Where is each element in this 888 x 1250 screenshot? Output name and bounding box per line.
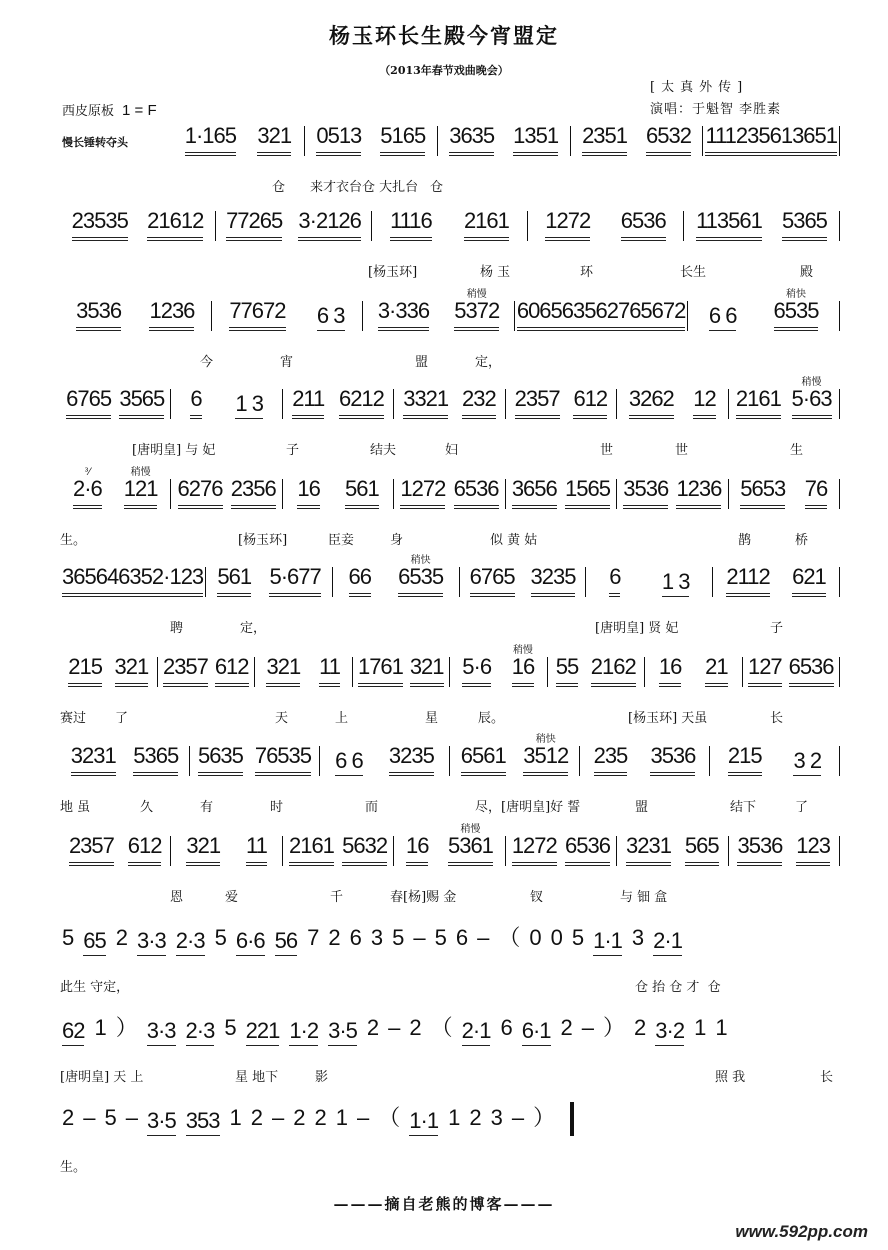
note-group: 221 [246,1019,280,1046]
measure: 3536123 [729,836,840,866]
note-digits: 621 [792,564,826,589]
note-group: 321 [115,655,149,687]
note-group: ） [533,1106,554,1136]
lyric-text: 尽，[唐明皇]好 誓 [475,796,580,815]
measure: 61 3 [586,567,713,597]
note-group: ） [116,1016,137,1046]
tempo-mark: 稍慢 [460,818,480,842]
note-group: 3·2 [655,1019,684,1046]
note-group: 1565 [565,477,610,509]
note-group: 23535 [72,209,128,241]
lyric-text: [杨玉环] 天虽 [628,707,707,726]
note-digits: 6 [609,564,620,589]
notes-row: 21532123576123211117613215·616稍慢55216216… [60,653,840,687]
measure: 2353521612 [60,211,216,241]
lyric-text: 长 [820,1066,833,1085]
note-digits: 2357 [515,386,560,411]
note-group: 5653 [740,477,785,509]
note-group: 3231 [626,834,671,866]
note-group: 1·1 [409,1109,438,1136]
measure: 05135165 [305,126,438,156]
note-digits: 561 [217,564,251,589]
note-digits: 6765 [470,564,515,589]
staff-line: 56523·32·356·65672635–56–（0051·132·1此生 守… [60,922,840,1006]
notes-row: 2–5–3·535312–221–（1·1123–） [60,1102,840,1136]
note-digits: 321 [266,654,300,679]
note-digits: 1272 [545,208,590,233]
note-group: 2·1 [653,929,682,956]
note-digits: 6536 [454,476,499,501]
note-digits: 321 [410,654,444,679]
lyric-text: 时 [270,796,283,815]
note-group: 1 [694,1016,705,1046]
lyric-text: 长生 [680,261,706,280]
note-group: 5·63稍慢 [792,387,832,419]
lyric-text: 有 [200,796,213,815]
lyrics-row: 生。 [60,1156,840,1186]
measure: 12726536 [506,836,617,866]
measure: 2353536 [580,746,710,776]
measure: 2153 2 [710,746,840,776]
note-digits: 23535 [72,208,128,233]
note-group: 3536 [623,477,668,509]
note-digits: 3235 [531,564,576,589]
lyric-text: 环 [580,261,593,280]
note-digits: 561 [345,476,379,501]
note-group: 3536 [737,834,782,866]
note-group: 77265 [226,209,282,241]
note-digits: 6561 [461,743,506,768]
note-group: 5 [105,1106,116,1136]
note-group: 56 [275,929,297,956]
lyric-text: 仓 抬 仓 才 仓 [635,976,721,995]
note-digits: 1272 [400,476,445,501]
lyrics-row: 仓来才衣台仓 大扎台仓 [172,176,840,206]
note-group: 5632 [342,834,387,866]
lyrics-row: 恩爱千春[杨]赐 金钗与 钿 盒 [60,886,840,916]
note-group: 111235 [705,124,769,156]
measure: 666535稍快 [333,567,460,597]
note-group: 5635 [198,744,243,776]
note-group: 76 [805,477,827,509]
measure: 67653235 [460,567,587,597]
note-group: 3536 [650,744,695,776]
note-group: ） [603,1016,624,1046]
measure: 621）3·32·352211·23·52–2（2·166·12–）23·211 [60,1016,840,1046]
measure: 565376 [729,479,840,509]
lyric-text: 盟 [635,796,648,815]
source-opera: [太真外传] [650,76,748,95]
measure: 2116212 [283,389,394,419]
note-group: 321 [266,655,300,687]
note-group: 3·5 [147,1109,176,1136]
notes-row: 56523·32·356·65672635–56–（0051·132·1 [60,922,840,956]
staff-line: 23576123211121615632165361稍慢127265363231… [60,832,840,916]
note-digits: 1351 [513,123,558,148]
note-digits: 1 3 [662,569,690,594]
mode-label: 西皮原板 [62,104,114,119]
measure: 2357612 [506,389,617,419]
lyric-text: 结夫 [370,439,396,458]
note-group: 1272 [400,477,445,509]
note-digits: 2161 [289,833,334,858]
note-digits: 2161 [736,386,781,411]
note-group: 1·2 [289,1019,318,1046]
measure: 563576535 [190,746,320,776]
note-group: 1236 [149,299,194,331]
note-group: 5 [62,926,73,956]
note-digits: 215 [728,743,762,768]
note-group: 6·6 [236,929,265,956]
note-group: 6 3 [317,304,345,331]
note-group: 561 [345,477,379,509]
note-group: 127 [748,655,782,687]
note-group: 36564635 [62,565,152,597]
note-digits: 11 [319,654,340,679]
note-group: 3231 [71,744,116,776]
tempo-mark: 稍慢 [513,639,533,663]
lyric-text: 星 [425,707,438,726]
note-group: 1272 [512,834,557,866]
lyric-text: 鹊 [738,529,751,548]
note-group: 6276 [178,477,223,509]
score-title: 杨玉环长生殿今宵盟定 [0,20,888,50]
note-group: 6535稍快 [774,299,819,331]
lyric-text: 殿 [800,261,813,280]
final-barline [570,1102,574,1136]
note-group: 16 [297,477,319,509]
note-digits: 2162 [591,654,636,679]
note-group: 2161 [736,387,781,419]
note-group: 5365 [782,209,827,241]
note-group: 6 [456,926,467,956]
note-digits: 76535 [255,743,311,768]
note-group: 3·5 [328,1019,357,1046]
lyric-text: 生 [790,439,803,458]
note-group: 1 [336,1106,347,1136]
note-group: 2161 [464,209,509,241]
lyrics-row: 地 虽久有时而尽，[唐明皇]好 誓盟结下了 [60,796,840,826]
note-digits: 3·336 [378,298,429,323]
note-digits: 211 [292,386,324,411]
note-digits: 62765672 [595,298,685,323]
note-group: 6065635 [517,299,596,331]
lyric-text: 而 [365,796,378,815]
note-digits: 612 [573,386,607,411]
measure: 23516532 [571,126,704,156]
lyrics-row: [唐明皇] 天 上星 地下影照 我长 [60,1066,840,1096]
note-digits: 6536 [789,654,834,679]
notes-row: 2353521612772653·21261116216112726536113… [60,207,840,241]
measure: 776726 3 [212,301,364,331]
note-digits: 232 [462,386,496,411]
measure: 2·6³⁄121稍慢 [60,479,171,509]
note-digits: 16 [297,476,319,501]
note-group: 2 [62,1106,73,1136]
note-group: 2·3 [186,1019,215,1046]
measure: 1276536 [743,657,841,687]
notes-row: 2·6³⁄121稍慢627623561656112726536365615653… [60,475,840,509]
note-group: 21 [705,655,727,687]
tempo-mark: 稍慢 [467,283,487,307]
measure: 215321 [60,657,158,687]
note-digits: 76 [805,476,827,501]
note-digits: 5365 [133,743,178,768]
measure: 2357612 [158,657,256,687]
note-group: 65 [83,929,105,956]
lyric-text: 春[杨]赐 金 [390,886,456,905]
measure: 165361稍慢 [394,836,505,866]
note-digits: 1272 [512,833,557,858]
note-group: 1·1 [593,929,622,956]
note-group: 2357 [69,834,114,866]
note-digits: 1236 [149,298,194,323]
note-group: 3 [491,1106,502,1136]
note-group: 76535 [255,744,311,776]
lyric-text: 上 [335,707,348,726]
measure: 5·616稍慢 [450,657,548,687]
note-group: 1 [715,1016,726,1046]
measure: 35361236 [60,301,212,331]
note-group: 3536 [76,299,121,331]
note-group: 321 [257,124,291,156]
note-group: 6 [350,926,361,956]
note-group: 6 6 [335,749,363,776]
note-group: – [357,1106,368,1136]
staff-line: 323153655635765356 6323565613512稍快235353… [60,742,840,826]
measure: 36561565 [506,479,617,509]
note-group: 6212 [339,387,384,419]
lyric-text: 今 [200,351,213,370]
staff-line: 21532123576123211117613215·616稍慢55216216… [60,653,840,737]
note-group: 2 [328,926,339,956]
note-group: 2112 [726,565,769,597]
note-group: （ [378,1106,399,1136]
measure: 62762356 [171,479,282,509]
note-group: 62 [62,1019,84,1046]
note-digits: 66 [349,564,371,589]
note-group: 2·123 [152,565,203,597]
note-digits: 55 [556,654,578,679]
note-digits: 321 [257,123,291,148]
note-group: 2 [293,1106,304,1136]
notes-row: 365646352·1235615·677666535稍快6765323561 … [60,563,840,597]
note-digits: 613651 [770,123,837,148]
note-group: 2 [315,1106,326,1136]
measure: 35361236 [617,479,728,509]
note-group: 5 [392,926,403,956]
note-digits: 5165 [380,123,425,148]
measure: 1761321 [353,657,451,687]
note-digits: 3231 [626,833,671,858]
note-group: – [126,1106,137,1136]
lyrics-row: 聘定，[唐明皇] 贤 妃子 [60,617,840,647]
note-group: 77672 [229,299,285,331]
note-group: – [512,1106,523,1136]
note-digits: 11 [246,833,267,858]
note-digits: 6536 [621,208,666,233]
note-group: 113561 [696,209,762,241]
note-group: – [83,1106,94,1136]
note-digits: 6536 [565,833,610,858]
note-group: 561 [217,565,251,597]
measure: 65613512稍快 [450,746,580,776]
measure: 111235613651 [703,126,840,156]
note-group: 612 [215,655,249,687]
lyric-text: 与 钿 盒 [620,886,667,905]
note-group: 5 [224,1016,235,1046]
note-digits: 5365 [782,208,827,233]
staff-line: 6765356561 32116212332123223576123262122… [60,385,840,469]
note-group: 232 [462,387,496,419]
note-group: 2 [409,1016,420,1046]
lyric-text: 久 [140,796,153,815]
lyric-text: [杨玉环] [368,261,417,280]
note-group: 2162 [591,655,636,687]
note-group: 215 [68,655,102,687]
note-digits: 127 [748,654,782,679]
note-group: 121稍慢 [124,477,158,509]
note-digits: 3536 [650,743,695,768]
note-group: 613651 [770,124,837,156]
note-group: 2357 [515,387,560,419]
note-group: 321 [410,655,444,687]
note-group: 1272 [545,209,590,241]
note-group: 3 [632,926,643,956]
notes-row: 35361236776726 33·3365372稍慢6065635627656… [60,297,840,331]
note-group: 0 [529,926,540,956]
measure: 365646352·123 [60,567,206,597]
note-group: 321 [186,834,220,866]
note-group: 5·677 [269,565,320,597]
tempo-mark: 稍快 [411,549,431,573]
note-group: 1351 [513,124,558,156]
note-group: （ [498,926,519,956]
note-digits: 612 [128,833,162,858]
lyric-text: 生。 [60,1156,86,1175]
note-group: 3·2126 [298,209,361,241]
note-group: 2161 [289,834,334,866]
lyric-text: 影 [315,1066,328,1085]
note-digits: 6212 [339,386,384,411]
note-digits: 5653 [740,476,785,501]
note-group: – [413,926,424,956]
note-digits: 3656 [512,476,557,501]
note-digits: 5·6 [462,654,491,679]
measure: 11162161 [372,211,528,241]
note-group: 1 3 [235,392,263,419]
note-digits: 2161 [464,208,509,233]
note-group: 3235 [531,565,576,597]
lyric-text: 桥 [795,529,808,548]
staff-line: 1·16532105135165363513512351653211123561… [172,122,840,206]
note-digits: 1 3 [235,391,263,416]
tempo-mark: ³⁄ [85,461,91,485]
lyrics-row: [杨玉环]杨 玉环长生殿 [60,261,840,291]
note-group: 3321 [403,387,448,419]
notes-row: 323153655635765356 6323565613512稍快235353… [60,742,840,776]
note-digits: 3536 [76,298,121,323]
lyric-text: 宵 [280,351,293,370]
score-subtitle: （2013年春节戏曲晚会） [0,62,888,78]
measure: 2112621 [713,567,840,597]
note-digits: 1·165 [185,123,236,148]
note-digits: 3321 [403,386,448,411]
lyric-text: 地 虽 [60,796,90,815]
note-digits: 3235 [389,743,434,768]
note-digits: 3 2 [793,748,821,773]
key-label: 1 = F [122,102,157,119]
note-digits: 3635 [449,123,494,148]
note-digits: 2351 [582,123,627,148]
note-group: 21612 [147,209,203,241]
note-group: 3565 [119,387,164,419]
note-digits: 2356 [231,476,276,501]
lyric-text: 来才衣台仓 大扎台 [310,176,418,195]
note-group: 2 [469,1106,480,1136]
note-group: 1116 [390,209,432,241]
measure: 772653·2126 [216,211,372,241]
note-group: 6535稍快 [398,565,443,597]
note-digits: 1236 [676,476,721,501]
lyrics-row: 今宵盟定， [60,351,840,381]
measure: 2357612 [60,836,171,866]
note-digits: 6 6 [709,303,737,328]
note-group: 6532 [646,124,691,156]
note-group: 1 [230,1106,241,1136]
measure: 3·3365372稍慢 [363,301,515,331]
note-digits: 77265 [226,208,282,233]
note-group: 6536 [565,834,610,866]
note-digits: 36564635 [62,564,152,589]
measure: 1·165321 [172,126,305,156]
note-group: – [582,1016,593,1046]
note-group: 2357 [163,655,208,687]
note-group: 5 [435,926,446,956]
lyric-text: 钗 [530,886,543,905]
lyric-text: 了 [115,707,128,726]
staff-line: 365646352·1235615·677666535稍快6765323561 … [60,563,840,647]
note-digits: 6065635 [517,298,596,323]
note-group: 6 6 [709,304,737,331]
measure: 12726536 [394,479,505,509]
note-group: 5165 [380,124,425,156]
note-group: 6561 [461,744,506,776]
note-digits: 3·2126 [298,208,361,233]
note-group: 6765 [66,387,111,419]
note-group: 565 [685,834,719,866]
note-group: 3635 [449,124,494,156]
note-group: 5372稍慢 [454,299,499,331]
note-group: 621 [792,565,826,597]
lyric-text: 辰。 [478,707,504,726]
lyric-text: 定， [475,351,501,370]
singers: 演唱：于魁智 李胜素 [650,98,781,117]
note-digits: 12 [693,386,715,411]
lyric-text: 仓 [430,176,443,195]
lyrics-row: 生。[杨玉环]臣妾身似 黄 姑鹊桥 [60,529,840,559]
note-group: 55 [556,655,578,687]
note-group: 353 [186,1109,220,1136]
note-digits: 6 6 [335,748,363,773]
lyric-text: 生。 [60,529,86,548]
measure: 32315365 [60,746,190,776]
note-group: 0 [551,926,562,956]
lyric-text: 结下 [730,796,756,815]
measure: 61 3 [171,389,282,419]
note-group: 211 [292,387,324,419]
measure: 5615·677 [206,567,333,597]
